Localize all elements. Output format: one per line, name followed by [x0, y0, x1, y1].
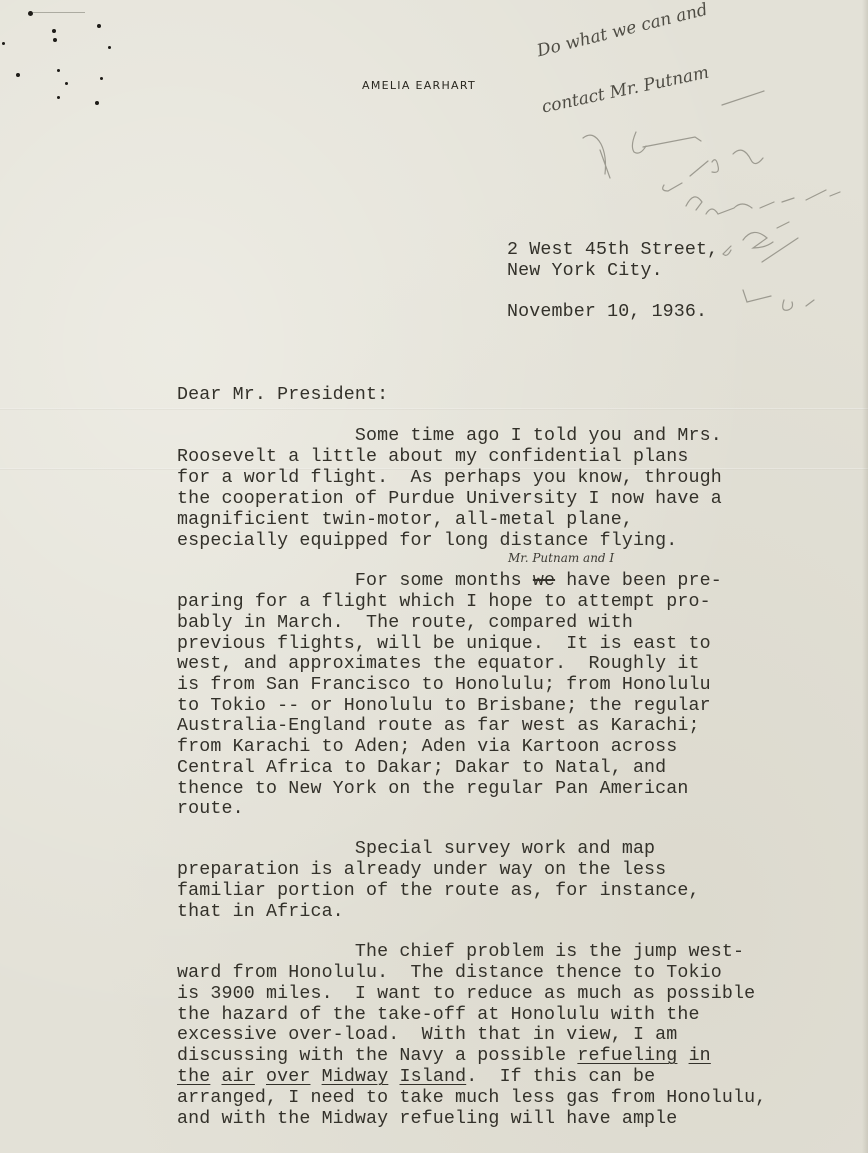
body-line: Some time ago I told you and Mrs.	[177, 426, 722, 447]
body-line: Special survey work and map	[177, 839, 655, 860]
body-line: is 3900 miles. I want to reduce as much …	[177, 984, 755, 1005]
body-line: preparation is already under way on the …	[177, 860, 666, 881]
body-line: route.	[177, 799, 244, 820]
text-span: discussing with the Navy a possible	[177, 1046, 577, 1066]
salutation: Dear Mr. President:	[177, 385, 388, 406]
body-line: The chief problem is the jump west-	[177, 942, 744, 963]
paper-fold-line	[0, 408, 868, 410]
underlined-text: Midway	[322, 1067, 389, 1087]
struck-word: we	[533, 571, 555, 591]
underlined-text: the	[177, 1067, 210, 1087]
text-span: . If this can be	[466, 1067, 655, 1087]
paper-edge-shadow	[862, 0, 868, 1153]
body-line: paring for a flight which I hope to atte…	[177, 592, 711, 613]
letterhead-name: AMELIA EARHART	[362, 79, 476, 92]
body-line: that in Africa.	[177, 902, 344, 923]
body-line: bably in March. The route, compared with	[177, 613, 633, 634]
text-span: For some months	[177, 571, 533, 591]
body-line: especially equipped for long distance fl…	[177, 531, 677, 552]
body-line: the hazard of the take-off at Honolulu w…	[177, 1005, 700, 1026]
body-line: from Karachi to Aden; Aden via Kartoon a…	[177, 737, 677, 758]
body-line: is from San Francisco to Honolulu; from …	[177, 675, 711, 696]
body-line: ward from Honolulu. The distance thence …	[177, 963, 722, 984]
body-line: arranged, I need to take much less gas f…	[177, 1088, 766, 1109]
body-line: the cooperation of Purdue University I n…	[177, 489, 722, 510]
body-line: to Tokio -- or Honolulu to Brisbane; the…	[177, 696, 711, 717]
body-line: excessive over-load. With that in view, …	[177, 1025, 677, 1046]
body-line: Roosevelt a little about my confidential…	[177, 447, 689, 468]
underlined-text: over	[266, 1067, 310, 1087]
sender-address-line1: 2 West 45th Street,	[507, 240, 718, 261]
body-line: magnificient twin-motor, all-metal plane…	[177, 510, 633, 531]
body-line: the air over Midway Island. If this can …	[177, 1067, 655, 1088]
text-span	[677, 1046, 688, 1066]
underlined-text: in	[689, 1046, 711, 1066]
body-line: for a world flight. As perhaps you know,…	[177, 468, 722, 489]
underlined-text: refueling	[577, 1046, 677, 1066]
body-line: Central Africa to Dakar; Dakar to Natal,…	[177, 758, 666, 779]
staple-holes	[0, 0, 120, 110]
body-line: discussing with the Navy a possible refu…	[177, 1046, 711, 1067]
handwritten-insertion: Mr. Putnam and I	[508, 551, 614, 565]
body-line: Australia-England route as far west as K…	[177, 716, 700, 737]
letter-date: November 10, 1936.	[507, 302, 707, 323]
body-line: For some months we have been pre-	[177, 571, 722, 592]
body-line: west, and approximates the equator. Roug…	[177, 654, 700, 675]
text-span: have been pre-	[555, 571, 722, 591]
sender-address-line2: New York City.	[507, 261, 663, 282]
body-line: previous flights, will be unique. It is …	[177, 634, 711, 655]
body-line: thence to New York on the regular Pan Am…	[177, 779, 689, 800]
underlined-text: air	[222, 1067, 255, 1087]
body-line: familiar portion of the route as, for in…	[177, 881, 700, 902]
underlined-text: Island	[399, 1067, 466, 1087]
body-line: and with the Midway refueling will have …	[177, 1109, 677, 1130]
